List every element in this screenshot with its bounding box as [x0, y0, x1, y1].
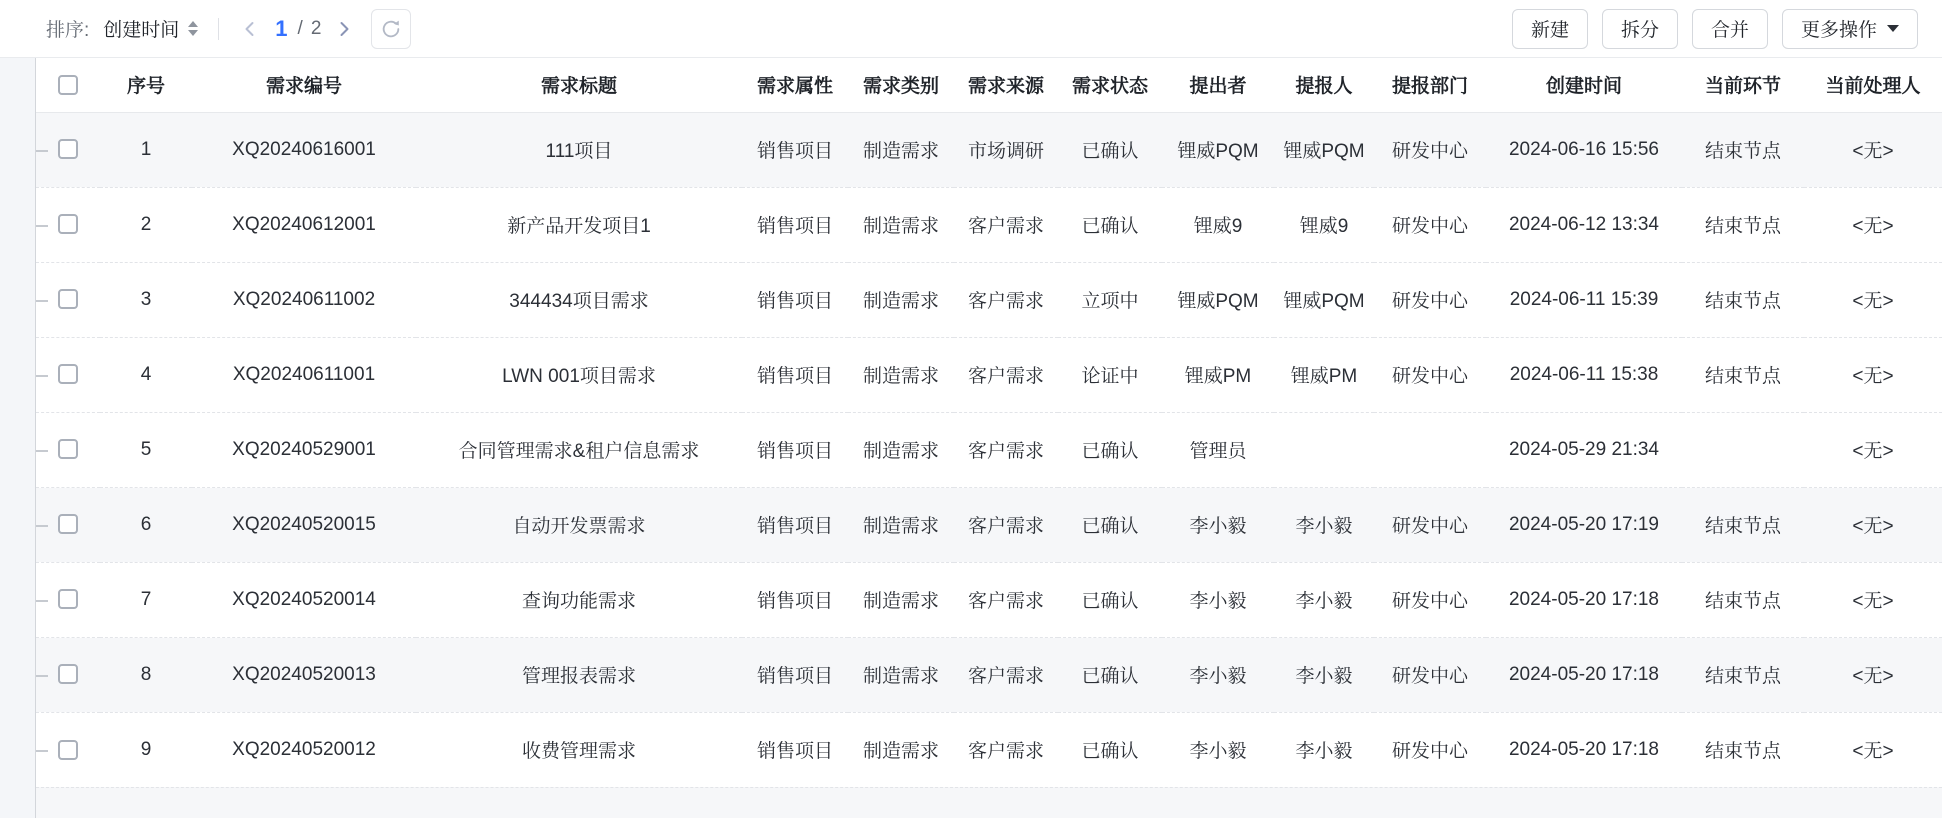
cell-created: 2024-05-20 17:19 [1486, 487, 1682, 562]
cell-status: 已确认 [1058, 412, 1162, 487]
cell-handler: <无> [1804, 562, 1942, 637]
cell-submitter [1274, 412, 1374, 487]
row-connector [36, 750, 48, 752]
cell-created: 2024-05-20 17:18 [1486, 562, 1682, 637]
pagination: 1 / 2 [237, 9, 411, 49]
cell-status: 已确认 [1058, 637, 1162, 712]
cell-department: 研发中心 [1374, 187, 1486, 262]
cell-department: 研发中心 [1374, 337, 1486, 412]
split-button[interactable]: 拆分 [1602, 9, 1678, 49]
cell-attr: 销售项目 [742, 337, 848, 412]
cell-submitter: 李小毅 [1274, 637, 1374, 712]
cell-code: XQ20240611002 [192, 262, 416, 337]
cell-proposer: 锂威PQM [1162, 112, 1274, 187]
column-header-proposer: 提出者 [1162, 58, 1274, 112]
cell-step: 结束节点 [1682, 487, 1804, 562]
cell-step: 结束节点 [1682, 562, 1804, 637]
cell-title: 收费管理需求 [416, 712, 742, 787]
cell-proposer: 李小毅 [1162, 562, 1274, 637]
column-header-created: 创建时间 [1486, 58, 1682, 112]
cell-source: 客户需求 [954, 412, 1058, 487]
table-row[interactable]: 8XQ20240520013管理报表需求销售项目制造需求客户需求已确认李小毅李小… [36, 637, 1942, 712]
row-connector [36, 450, 48, 452]
row-checkbox-cell [36, 562, 100, 637]
cell-source: 客户需求 [954, 637, 1058, 712]
table-row[interactable]: 5XQ20240529001合同管理需求&租户信息需求销售项目制造需求客户需求已… [36, 412, 1942, 487]
column-header-no: 序号 [100, 58, 192, 112]
cell-submitter: 锂威9 [1274, 187, 1374, 262]
action-buttons: 新建 拆分 合并 更多操作 [1512, 9, 1918, 49]
cell-code: XQ20240612001 [192, 187, 416, 262]
row-connector [36, 675, 48, 677]
column-header-attr: 需求属性 [742, 58, 848, 112]
refresh-icon [380, 18, 402, 40]
cell-status: 立项中 [1058, 262, 1162, 337]
row-connector [36, 375, 48, 377]
row-checkbox[interactable] [58, 514, 78, 534]
cell-source: 客户需求 [954, 262, 1058, 337]
cell-step: 结束节点 [1682, 262, 1804, 337]
requirements-table: 序号需求编号需求标题需求属性需求类别需求来源需求状态提出者提报人提报部门创建时间… [36, 58, 1942, 818]
cell-code: XQ20240520012 [192, 712, 416, 787]
total-pages: 2 [311, 18, 322, 40]
cell-no: 5 [100, 412, 192, 487]
more-actions-button[interactable]: 更多操作 [1782, 9, 1918, 49]
cell-no: 9 [100, 712, 192, 787]
cell-submitter: 锂威PQM [1274, 262, 1374, 337]
cell-submitter: 李小毅 [1274, 562, 1374, 637]
row-checkbox-cell [36, 637, 100, 712]
cell-code: XQ20240520015 [192, 487, 416, 562]
cell-step: 结束节点 [1682, 112, 1804, 187]
column-header-step: 当前环节 [1682, 58, 1804, 112]
cell-department: 研发中心 [1374, 637, 1486, 712]
cell-department: 研发中心 [1374, 262, 1486, 337]
cell-submitter: 锂威PQM [1274, 112, 1374, 187]
sort-desc-icon [188, 30, 198, 36]
merge-button[interactable]: 合并 [1692, 9, 1768, 49]
cell-category: 制造需求 [848, 487, 954, 562]
sort-asc-icon [188, 21, 198, 27]
cell-attr: 销售项目 [742, 262, 848, 337]
cell-submitter: 李小毅 [1274, 712, 1374, 787]
cell-handler: <无> [1804, 487, 1942, 562]
next-page-button[interactable] [331, 16, 357, 42]
cell-handler: <无> [1804, 412, 1942, 487]
cell-code: XQ20240616001 [192, 112, 416, 187]
cell-handler: <无> [1804, 637, 1942, 712]
cell-source: 客户需求 [954, 337, 1058, 412]
sort-field-value: 创建时间 [103, 15, 179, 42]
cell-handler: <无> [1804, 112, 1942, 187]
cell-source: 客户需求 [954, 187, 1058, 262]
dropdown-caret-icon [1887, 25, 1899, 32]
cell-step: 结束节点 [1682, 712, 1804, 787]
sort-label: 排序: [46, 15, 89, 42]
cell-handler: <无> [1804, 712, 1942, 787]
row-connector [36, 150, 48, 152]
cell-handler: <无> [1804, 262, 1942, 337]
cell-source: 客户需求 [954, 562, 1058, 637]
cell-no: 6 [100, 487, 192, 562]
column-header-source: 需求来源 [954, 58, 1058, 112]
cell-proposer: 李小毅 [1162, 712, 1274, 787]
more-actions-label: 更多操作 [1801, 15, 1877, 42]
row-checkbox[interactable] [58, 439, 78, 459]
cell-proposer: 锂威9 [1162, 187, 1274, 262]
row-checkbox[interactable] [58, 664, 78, 684]
cell-status: 已确认 [1058, 187, 1162, 262]
cell-department: 研发中心 [1374, 487, 1486, 562]
cell-code: XQ20240520014 [192, 562, 416, 637]
row-checkbox[interactable] [58, 214, 78, 234]
cell-no: 7 [100, 562, 192, 637]
row-connector [36, 600, 48, 602]
cell-submitter: 锂威PM [1274, 337, 1374, 412]
row-checkbox-cell [36, 487, 100, 562]
cell-title: 合同管理需求&租户信息需求 [416, 412, 742, 487]
cell-code: XQ20240529001 [192, 412, 416, 487]
cell-attr: 销售项目 [742, 187, 848, 262]
cell-status: 已确认 [1058, 487, 1162, 562]
cell-title: 管理报表需求 [416, 637, 742, 712]
partial-next-row [36, 787, 1942, 818]
cell-no: 1 [100, 112, 192, 187]
cell-status: 论证中 [1058, 337, 1162, 412]
cell-attr: 销售项目 [742, 412, 848, 487]
cell-title: LWN 001项目需求 [416, 337, 742, 412]
cell-category: 制造需求 [848, 637, 954, 712]
cell-step: 结束节点 [1682, 337, 1804, 412]
row-connector [36, 300, 48, 302]
row-checkbox[interactable] [58, 589, 78, 609]
cell-category: 制造需求 [848, 412, 954, 487]
cell-department [1374, 412, 1486, 487]
cell-category: 制造需求 [848, 187, 954, 262]
table-row[interactable]: 7XQ20240520014查询功能需求销售项目制造需求客户需求已确认李小毅李小… [36, 562, 1942, 637]
cell-source: 客户需求 [954, 712, 1058, 787]
table-row[interactable]: 4XQ20240611001LWN 001项目需求销售项目制造需求客户需求论证中… [36, 337, 1942, 412]
row-connector [36, 525, 48, 527]
cell-department: 研发中心 [1374, 712, 1486, 787]
row-checkbox-cell [36, 712, 100, 787]
cell-source: 客户需求 [954, 487, 1058, 562]
cell-attr: 销售项目 [742, 637, 848, 712]
current-page[interactable]: 1 [275, 16, 287, 42]
column-header-submitter: 提报人 [1274, 58, 1374, 112]
cell-created: 2024-06-12 13:34 [1486, 187, 1682, 262]
cell-created: 2024-05-20 17:18 [1486, 712, 1682, 787]
table-row[interactable]: 9XQ20240520012收费管理需求销售项目制造需求客户需求已确认李小毅李小… [36, 712, 1942, 787]
row-checkbox[interactable] [58, 289, 78, 309]
cell-handler: <无> [1804, 187, 1942, 262]
cell-title: 自动开发票需求 [416, 487, 742, 562]
cell-title: 新产品开发项目1 [416, 187, 742, 262]
cell-attr: 销售项目 [742, 712, 848, 787]
cell-status: 已确认 [1058, 112, 1162, 187]
create-button[interactable]: 新建 [1512, 9, 1588, 49]
cell-title: 344434项目需求 [416, 262, 742, 337]
page-separator: / [298, 18, 303, 40]
cell-proposer: 李小毅 [1162, 637, 1274, 712]
cell-no: 2 [100, 187, 192, 262]
left-gutter [0, 58, 36, 818]
table-row[interactable]: 2XQ20240612001新产品开发项目1销售项目制造需求客户需求已确认锂威9… [36, 187, 1942, 262]
cell-created: 2024-06-11 15:39 [1486, 262, 1682, 337]
toolbar: 排序: 创建时间 1 / 2 [0, 0, 1942, 58]
row-checkbox[interactable] [58, 740, 78, 760]
cell-handler: <无> [1804, 337, 1942, 412]
cell-step [1682, 412, 1804, 487]
cell-status: 已确认 [1058, 712, 1162, 787]
table-row[interactable]: 1XQ20240616001111项目销售项目制造需求市场调研已确认锂威PQM锂… [36, 112, 1942, 187]
cell-category: 制造需求 [848, 112, 954, 187]
sort-field-selector[interactable]: 创建时间 [103, 15, 198, 42]
column-header-title: 需求标题 [416, 58, 742, 112]
column-header-handler: 当前处理人 [1804, 58, 1942, 112]
requirements-list-page: 排序: 创建时间 1 / 2 [0, 0, 1942, 818]
row-checkbox-cell [36, 187, 100, 262]
cell-attr: 销售项目 [742, 112, 848, 187]
cell-title: 111项目 [416, 112, 742, 187]
cell-proposer: 李小毅 [1162, 487, 1274, 562]
cell-proposer: 锂威PM [1162, 337, 1274, 412]
column-header-department: 提报部门 [1374, 58, 1486, 112]
cell-department: 研发中心 [1374, 562, 1486, 637]
cell-attr: 销售项目 [742, 487, 848, 562]
cell-category: 制造需求 [848, 262, 954, 337]
cell-source: 市场调研 [954, 112, 1058, 187]
sort-direction-icon[interactable] [188, 21, 198, 36]
cell-step: 结束节点 [1682, 187, 1804, 262]
toolbar-divider [218, 18, 219, 40]
cell-title: 查询功能需求 [416, 562, 742, 637]
row-checkbox[interactable] [58, 139, 78, 159]
column-header-status: 需求状态 [1058, 58, 1162, 112]
cell-no: 8 [100, 637, 192, 712]
cell-created: 2024-06-11 15:38 [1486, 337, 1682, 412]
cell-created: 2024-05-20 17:18 [1486, 637, 1682, 712]
row-checkbox-cell [36, 262, 100, 337]
cell-created: 2024-05-29 21:34 [1486, 412, 1682, 487]
row-checkbox-cell [36, 337, 100, 412]
table-row[interactable]: 6XQ20240520015自动开发票需求销售项目制造需求客户需求已确认李小毅李… [36, 487, 1942, 562]
prev-page-button[interactable] [237, 16, 263, 42]
cell-attr: 销售项目 [742, 562, 848, 637]
column-header-code: 需求编号 [192, 58, 416, 112]
refresh-button[interactable] [371, 9, 411, 49]
cell-created: 2024-06-16 15:56 [1486, 112, 1682, 187]
cell-code: XQ20240520013 [192, 637, 416, 712]
cell-status: 已确认 [1058, 562, 1162, 637]
row-checkbox-cell [36, 112, 100, 187]
cell-department: 研发中心 [1374, 112, 1486, 187]
cell-no: 4 [100, 337, 192, 412]
header-checkbox-cell [36, 58, 100, 112]
cell-submitter: 李小毅 [1274, 487, 1374, 562]
cell-category: 制造需求 [848, 712, 954, 787]
cell-code: XQ20240611001 [192, 337, 416, 412]
cell-category: 制造需求 [848, 562, 954, 637]
row-connector [36, 225, 48, 227]
table-header-row: 序号需求编号需求标题需求属性需求类别需求来源需求状态提出者提报人提报部门创建时间… [36, 58, 1942, 112]
cell-proposer: 锂威PQM [1162, 262, 1274, 337]
column-header-category: 需求类别 [848, 58, 954, 112]
cell-category: 制造需求 [848, 337, 954, 412]
cell-proposer: 管理员 [1162, 412, 1274, 487]
select-all-checkbox[interactable] [58, 75, 78, 95]
cell-no: 3 [100, 262, 192, 337]
cell-step: 结束节点 [1682, 637, 1804, 712]
row-checkbox-cell [36, 412, 100, 487]
row-checkbox[interactable] [58, 364, 78, 384]
table-row[interactable]: 3XQ20240611002344434项目需求销售项目制造需求客户需求立项中锂… [36, 262, 1942, 337]
